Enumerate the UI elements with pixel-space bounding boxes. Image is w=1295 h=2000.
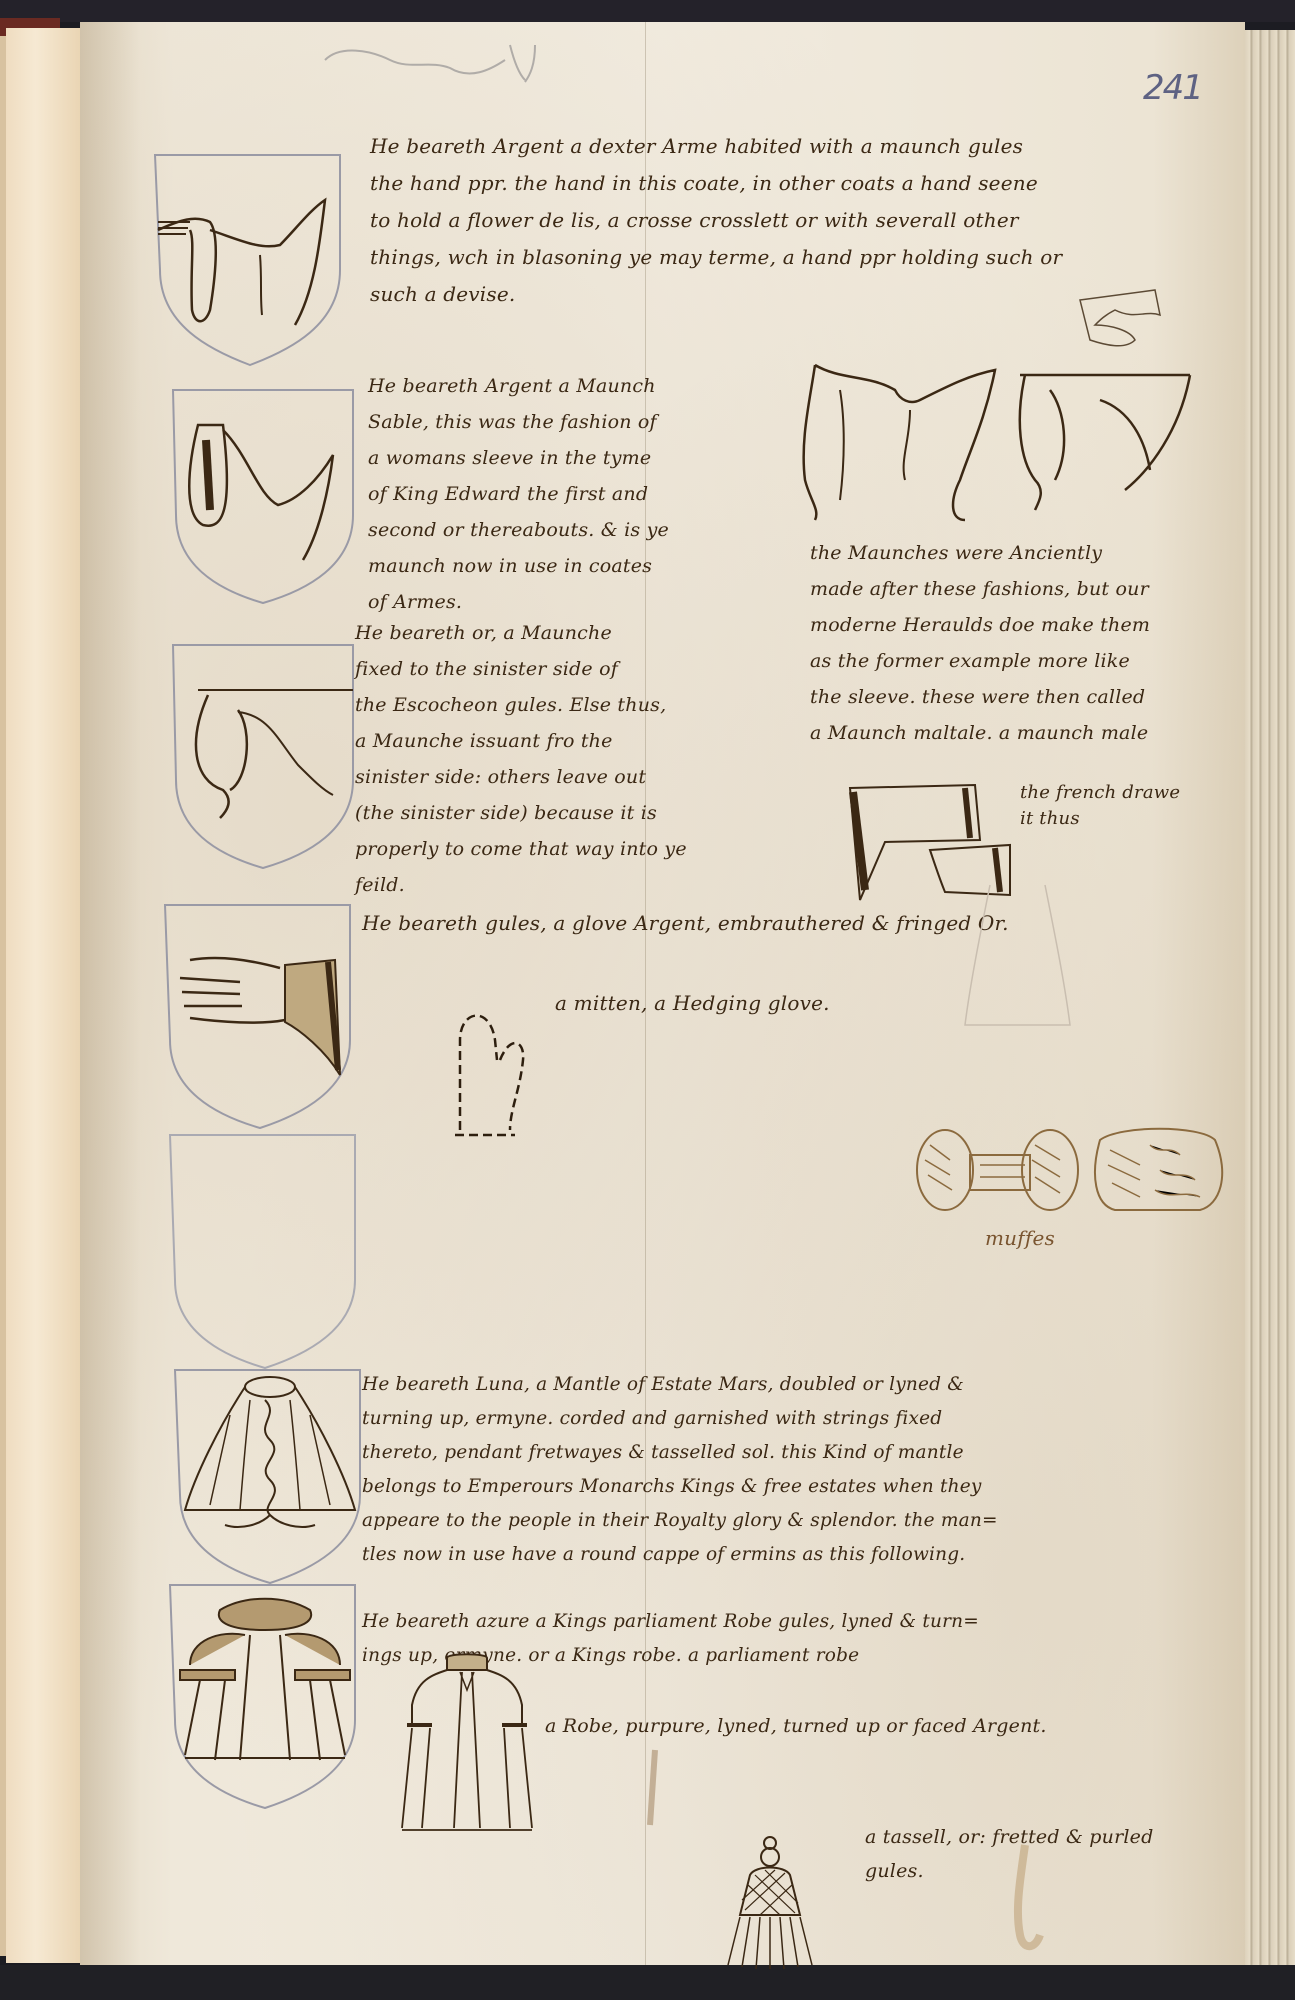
shield-parliament-robe-icon (165, 1580, 365, 1810)
entry-mitten: a mitten, a Hedging glove. (555, 985, 975, 1021)
shield-dexter-arm-icon (150, 150, 350, 370)
ink-stain-icon (640, 1745, 670, 1835)
entry-mantle-of-estate: He beareth Luna, a Mantle of Estate Mars… (362, 1368, 1262, 1572)
entry-maunch-sable: He beareth Argent a Maunch Sable, this w… (368, 368, 788, 620)
shield-mantle-of-estate-icon (170, 1365, 370, 1585)
book-cover-bottom (0, 1965, 1295, 2000)
robe-icon (392, 1650, 542, 1840)
page-stub (6, 28, 81, 1963)
mitten-icon (455, 1000, 535, 1140)
pencil-sketch-top (320, 40, 550, 90)
shield-empty-icon (165, 1130, 365, 1370)
entry-tassell: a tassell, or: fretted & purled gules. (865, 1820, 1265, 1888)
page-edges-right (1245, 30, 1295, 1965)
entry-muffes: muffes (985, 1220, 1105, 1256)
book-cover-top (0, 0, 1295, 22)
entry-robe-purpure: a Robe, purpure, lyned, turned up or fac… (545, 1708, 1265, 1744)
shield-glove-icon (160, 900, 360, 1130)
entry-maunch-fixed-sinister: He beareth or, a Maunche fixed to the si… (355, 615, 795, 903)
entry-maunches-anciently: the Maunches were Anciently made after t… (810, 535, 1250, 751)
entry-french-draw: the french drawe it thus (1020, 780, 1240, 832)
ghost-robe-sketch-icon (960, 875, 1080, 1035)
entry-glove: He beareth gules, a glove Argent, embrau… (362, 905, 1252, 941)
muffes-icon (900, 1115, 1240, 1215)
tassell-icon (720, 1835, 820, 1975)
page-gutter-shadow (80, 22, 140, 1967)
shield-maunch-sinister-icon (168, 640, 363, 870)
shield-maunch-icon (168, 385, 363, 605)
ancient-maunches-icon (800, 360, 1200, 530)
water-stain-icon (995, 1840, 1055, 1960)
folio-number: 241 (1143, 68, 1202, 108)
pencil-crown-sketch-icon (1075, 280, 1165, 350)
